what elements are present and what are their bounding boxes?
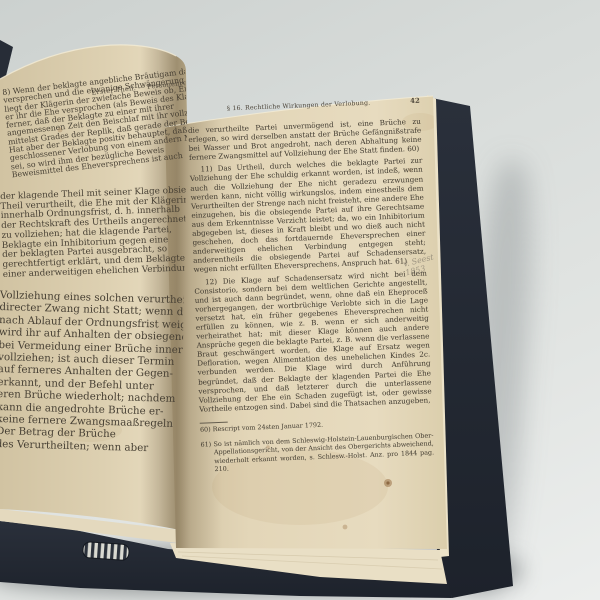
- footnote-text: Rescript vom 24sten Januar 1792.: [213, 421, 324, 433]
- headband: [82, 541, 129, 560]
- footnote-marker: 61): [200, 440, 211, 448]
- footnote-text: So ist nämlich von dem Schleswig-Holstei…: [213, 431, 434, 473]
- footnote-61: 61) So ist nämlich von dem Schleswig-Hol…: [200, 431, 434, 474]
- paragraph-12: 12) Die Klage auf Schadensersatz wird ni…: [194, 268, 432, 414]
- footnote-separator: [200, 422, 228, 424]
- right-page-text-area: § 16. Rechtliche Wirkungen der Verlobung…: [187, 97, 435, 481]
- paragraph-11: 11) Das Urtheil, durch welches die bekla…: [189, 156, 426, 274]
- paragraph-continuation: die verurtheilte Partei unvermögend ist,…: [188, 117, 422, 163]
- right-page-body: die verurtheilte Partei unvermögend ist,…: [188, 117, 432, 414]
- left-page-paragraph-middle: der klagende Theil mit seiner Klage obsi…: [0, 186, 201, 280]
- page-number: 42: [410, 97, 420, 105]
- footnote-60: 60) Rescript vom 24sten Januar 1792.: [200, 417, 433, 435]
- footnote-marker: 60): [200, 426, 211, 434]
- book-photo: Erster Theil. — Personenrecht. 8) Wenn d…: [0, 0, 600, 600]
